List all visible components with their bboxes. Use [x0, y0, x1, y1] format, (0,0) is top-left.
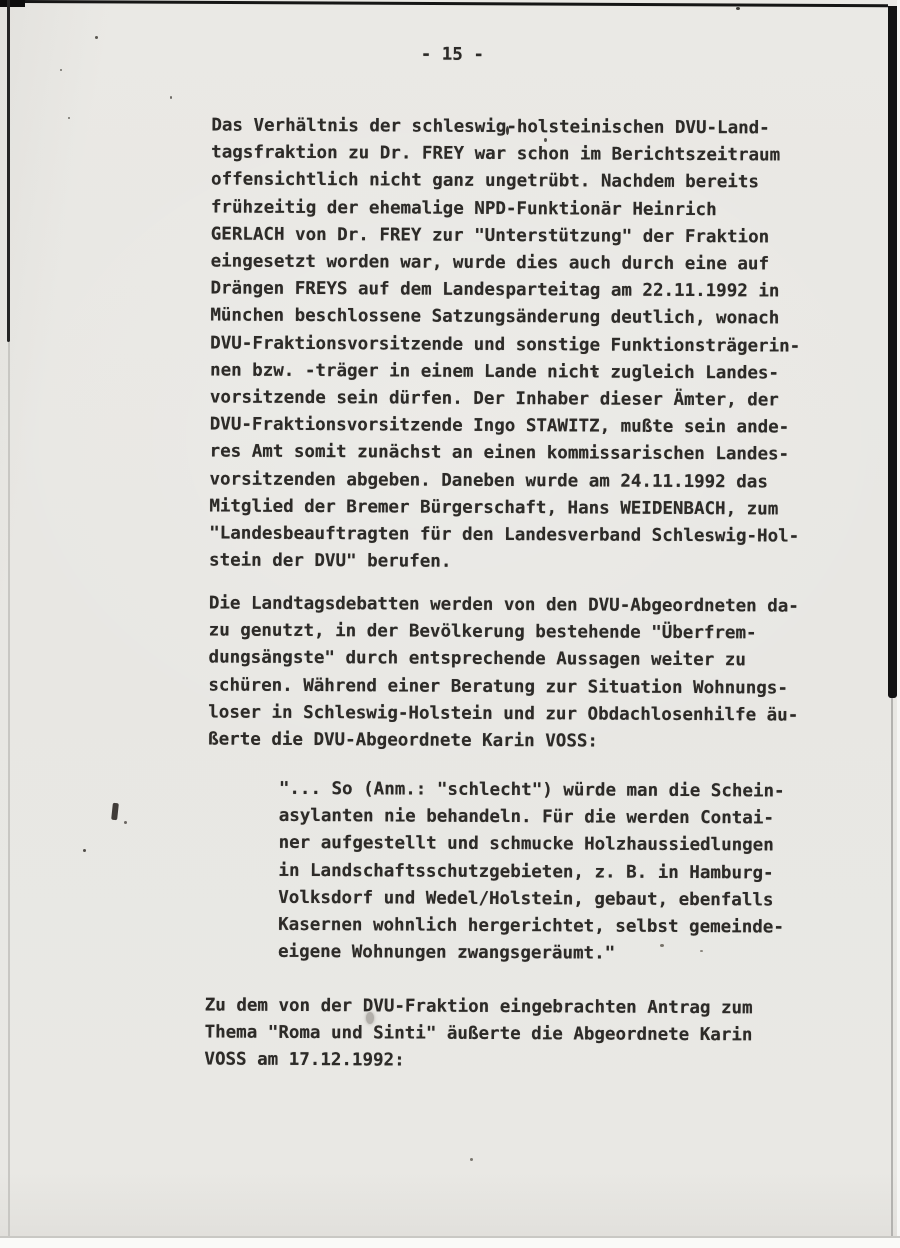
- text-line: in Landschaftsschutzgebieten, z. B. in H…: [278, 857, 784, 887]
- scan-speck: [700, 950, 703, 952]
- scan-speck: [95, 36, 98, 39]
- text-line: Zu dem von der DVU-Fraktion eingebrachte…: [205, 992, 753, 1022]
- text-line: loser in Schleswig-Holstein und zur Obda…: [208, 699, 798, 729]
- text-line: ßerte die DVU-Abgeordnete Karin VOSS:: [208, 726, 798, 756]
- text-line: Volksdorf und Wedel/Holstein, gebaut, eb…: [278, 885, 784, 915]
- text-line: Kasernen wohnlich hergerichtet, selbst g…: [278, 912, 784, 942]
- text-line: frühzeitig der ehemalige NPD-Funktionär …: [211, 194, 801, 224]
- scan-edge-bottom-white: [0, 1238, 900, 1248]
- text-line: München beschlossene Satzungsänderung de…: [210, 303, 800, 333]
- scan-edge-top-corner: [0, 0, 25, 7]
- text-line: eingesetzt worden war, wurde dies auch d…: [211, 248, 801, 278]
- scan-speck: [736, 7, 740, 10]
- block-quote-voss: "... So (Anm.: "schlecht") würde man die…: [278, 776, 785, 969]
- scan-edge-right-faint: [891, 698, 893, 1240]
- scan-edge-left-faint: [8, 342, 10, 1240]
- text-line: Die Landtagsdebatten werden von den DVU-…: [209, 590, 799, 620]
- text-line: dungsängste" durch entsprechende Aussage…: [208, 645, 798, 675]
- scan-edge-right-dark: [888, 6, 897, 698]
- paragraph-relationship-frey: Das Verhältnis der schleswig-holsteinisc…: [209, 112, 801, 578]
- scanned-page: { "page_number": "- 15 -", "content": { …: [0, 0, 900, 1248]
- scan-speck: [660, 944, 664, 947]
- text-line: "... So (Anm.: "schlecht") würde man die…: [279, 776, 785, 806]
- paragraph-landtagsdebatten: Die Landtagsdebatten werden von den DVU-…: [208, 590, 799, 756]
- scan-speck: [60, 69, 62, 71]
- text-line: GERLACH von Dr. FREY zur "Unterstützung"…: [211, 221, 801, 251]
- smudge-mark: [366, 1012, 374, 1024]
- text-line: vorsitzende sein dürfen. Der Inhaber die…: [210, 385, 800, 415]
- scan-edge-left-dark: [7, 0, 10, 342]
- ink-dot: [124, 821, 127, 824]
- text-line: nen bzw. -träger in einem Lande nicht zu…: [210, 357, 800, 387]
- scan-speck: [83, 849, 86, 852]
- text-line: schüren. Während einer Beratung zur Situ…: [208, 672, 798, 702]
- text-line: DVU-Fraktionsvorsitzende und sonstige Fu…: [210, 330, 800, 360]
- text-line: stein der DVU" berufen.: [209, 548, 799, 578]
- text-line: zu genutzt, in der Bevölkerung bestehend…: [209, 618, 799, 648]
- scan-speck: [470, 1158, 473, 1161]
- text-line: DVU-Fraktionsvorsitzende Ingo STAWITZ, m…: [210, 412, 800, 442]
- text-line: Mitglied der Bremer Bürgerschaft, Hans W…: [209, 493, 799, 523]
- scan-speck: [544, 138, 547, 142]
- text-line: offensichtlich nicht ganz ungetrübt. Nac…: [211, 167, 801, 197]
- text-line: Thema "Roma und Sinti" äußerte die Abgeo…: [205, 1020, 753, 1050]
- text-line: VOSS am 17.12.1992:: [204, 1047, 752, 1077]
- scan-speck: [170, 96, 172, 99]
- text-line: ner aufgestellt und schmucke Holzhaussie…: [279, 830, 785, 860]
- text-line: Drängen FREYS auf dem Landesparteitag am…: [210, 276, 800, 306]
- text-line: eigene Wohnungen zwangsgeräumt.": [278, 939, 784, 969]
- text-line: asylanten nie behandeln. Für die werden …: [279, 803, 785, 833]
- scan-speck: [594, 371, 597, 375]
- scan-speck: [506, 126, 509, 135]
- page-content: - 15 - Das Verhältnis der schleswig-hols…: [0, 0, 900, 1248]
- text-line: tagsfraktion zu Dr. FREY war schon im Be…: [211, 140, 801, 170]
- paragraph-roma-sinti-antrag: Zu dem von der DVU-Fraktion eingebrachte…: [204, 992, 752, 1076]
- scan-speck: [68, 117, 70, 119]
- text-line: res Amt somit zunächst an einen kommissa…: [210, 439, 800, 469]
- page-number: - 15 -: [421, 42, 484, 70]
- text-line: vorsitzenden abgeben. Daneben wurde am 2…: [209, 466, 799, 496]
- text-line: "Landesbeauftragten für den Landesverban…: [209, 521, 799, 551]
